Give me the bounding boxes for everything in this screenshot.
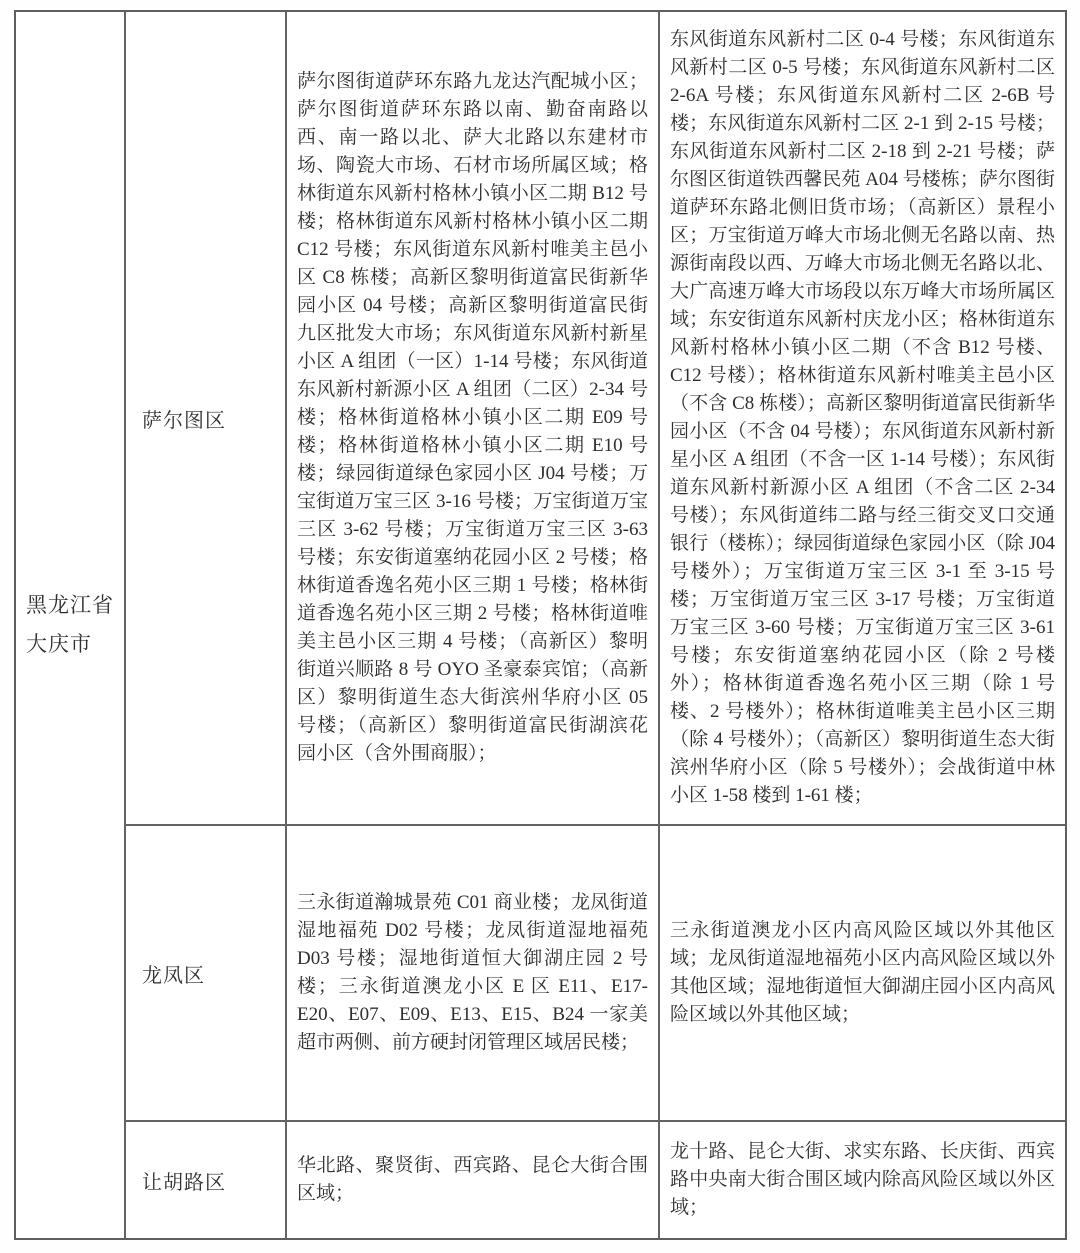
area-list-text: 龙十路、昆仑大街、求实东路、长庆街、西宾路中央南大街合围区域内除高风险区域以外区… <box>670 1138 1055 1222</box>
areas-left-longfeng: 三永街道瀚城景苑 C01 商业楼；龙凤街道湿地福苑 D02 号楼；龙凤街道湿地福… <box>285 824 658 1120</box>
areas-left-saertu: 萨尔图街道萨环东路九龙达汽配城小区；萨尔图街道萨环东路以南、勤奋南路以西、南一路… <box>285 12 658 824</box>
risk-area-table: 黑龙江省大庆市 萨尔图区 萨尔图街道萨环东路九龙达汽配城小区；萨尔图街道萨环东路… <box>14 10 1067 1240</box>
area-list-text: 三永街道澳龙小区内高风险区域以外其他区域；龙凤街道湿地福苑小区内高风险区域以外其… <box>670 917 1055 1029</box>
area-list-text: 东风街道东风新村二区 0-4 号楼；东风街道东风新村二区 0-5 号楼；东风街道… <box>670 26 1055 810</box>
district-cell-saertu: 萨尔图区 <box>124 12 285 824</box>
area-list-text: 华北路、聚贤街、西宾路、昆仑大街合围区域； <box>297 1152 648 1208</box>
district-cell-longfeng: 龙凤区 <box>124 824 285 1120</box>
areas-left-ranghulu: 华北路、聚贤街、西宾路、昆仑大街合围区域； <box>285 1120 658 1238</box>
area-list-text: 萨尔图街道萨环东路九龙达汽配城小区；萨尔图街道萨环东路以南、勤奋南路以西、南一路… <box>297 68 648 768</box>
district-label: 龙凤区 <box>142 959 279 988</box>
province-city-label: 黑龙江省大庆市 <box>26 586 118 664</box>
district-label: 萨尔图区 <box>142 404 279 433</box>
areas-right-longfeng: 三永街道澳龙小区内高风险区域以外其他区域；龙凤街道湿地福苑小区内高风险区域以外其… <box>658 824 1065 1120</box>
areas-right-saertu: 东风街道东风新村二区 0-4 号楼；东风街道东风新村二区 0-5 号楼；东风街道… <box>658 12 1065 824</box>
document-page: 黑龙江省大庆市 萨尔图区 萨尔图街道萨环东路九龙达汽配城小区；萨尔图街道萨环东路… <box>0 0 1080 1253</box>
district-label: 让胡路区 <box>142 1166 279 1195</box>
areas-right-ranghulu: 龙十路、昆仑大街、求实东路、长庆街、西宾路中央南大街合围区域内除高风险区域以外区… <box>658 1120 1065 1238</box>
area-list-text: 三永街道瀚城景苑 C01 商业楼；龙凤街道湿地福苑 D02 号楼；龙凤街道湿地福… <box>297 889 648 1057</box>
province-city-cell: 黑龙江省大庆市 <box>16 12 124 1238</box>
district-cell-ranghulu: 让胡路区 <box>124 1120 285 1238</box>
